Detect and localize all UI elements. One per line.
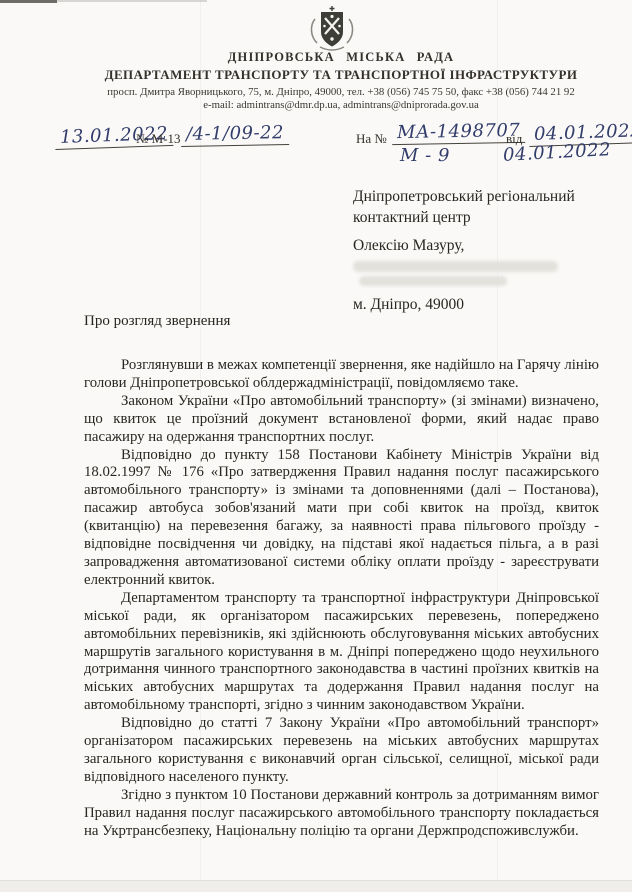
incoming-date-line2: 04.01.2022: [503, 139, 612, 166]
body-paragraph: Департаментом транспорту та транспортної…: [84, 590, 599, 715]
body-paragraph: Відповідно до статті 7 Закону України «П…: [84, 715, 599, 787]
body-paragraph: Згідно з пунктом 10 Постанови державний …: [84, 787, 599, 841]
address-line: просп. Дмитра Яворницького, 75, м. Дніпр…: [50, 86, 632, 98]
recipient-person: Олексію Мазуру,: [353, 235, 575, 256]
department-name: ДЕПАРТАМЕНТ ТРАНСПОРТУ ТА ТРАНСПОРТНОЇ І…: [50, 67, 632, 83]
redacted-address: [353, 261, 575, 291]
body-paragraph: Законом України «Про автомобільний транс…: [84, 393, 599, 447]
scan-edge-mark: [0, 0, 57, 3]
reference-row: 13.01.2022 № М-13 /4-1/09-22 На № МА-149…: [0, 124, 632, 174]
incoming-number-label: На №: [356, 131, 387, 147]
subject-line: Про розгляд звернення: [84, 313, 230, 330]
recipient-block: Дніпропетровський регіональний контактни…: [353, 186, 575, 315]
scan-edge-mark-light: [57, 0, 207, 2]
redaction-smudge: [359, 276, 507, 286]
outgoing-number-prefix: № М-13: [136, 131, 181, 147]
scanned-letter-page: ДНІПРОВСЬКА МІСЬКА РАДА ДЕПАРТАМЕНТ ТРАН…: [0, 0, 632, 892]
email-line: e-mail: admintrans@dmr.dp.ua, admintrans…: [50, 99, 632, 111]
letterhead: ДНІПРОВСЬКА МІСЬКА РАДА ДЕПАРТАМЕНТ ТРАН…: [0, 50, 632, 111]
org-name: ДНІПРОВСЬКА МІСЬКА РАДА: [50, 50, 632, 65]
city-coat-of-arms-icon: [306, 6, 358, 52]
recipient-org-line1: Дніпропетровський регіональний: [353, 186, 575, 207]
recipient-city: м. Дніпро, 49000: [353, 294, 575, 315]
recipient-org-line2: контактний центр: [353, 207, 575, 228]
incoming-number-line2: М - 9: [400, 145, 450, 166]
body-paragraph: Розглянувши в межах компетенції зверненн…: [84, 357, 599, 393]
letter-body: Розглянувши в межах компетенції зверненн…: [84, 357, 599, 840]
redaction-smudge: [353, 261, 558, 272]
outgoing-number-handwritten: /4-1/09-22: [181, 122, 289, 147]
scan-bottom-strip: [0, 880, 632, 892]
body-paragraph: Відповідно до пункту 158 Постанови Кабін…: [84, 447, 599, 590]
